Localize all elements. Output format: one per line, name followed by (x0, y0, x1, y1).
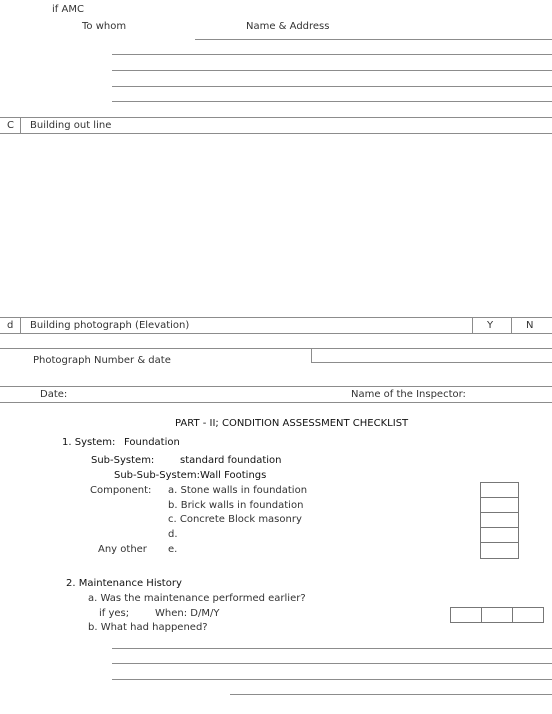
address-line-4[interactable] (112, 101, 552, 102)
section-d-label: Building photograph (Elevation) (30, 320, 189, 332)
no-option[interactable]: N (526, 320, 533, 332)
address-line-3[interactable] (112, 86, 552, 87)
sub-system-value: standard foundation (180, 455, 281, 467)
yes-option[interactable]: Y (487, 320, 493, 332)
to-whom-label: To whom (82, 21, 126, 33)
month-field[interactable] (481, 607, 513, 623)
component-b: b. Brick walls in foundation (168, 500, 303, 512)
part2-title: PART - II; CONDITION ASSESSMENT CHECKLIS… (175, 418, 408, 430)
component-d: d. (168, 529, 178, 541)
maintenance-title: 2. Maintenance History (66, 578, 182, 590)
component-a: a. Stone walls in foundation (168, 485, 307, 497)
maintenance-question-b: b. What had happened? (88, 622, 208, 634)
what-happened-line-4[interactable] (230, 694, 552, 695)
inspector-label: Name of the Inspector: (351, 389, 466, 401)
name-address-line[interactable] (195, 39, 552, 40)
what-happened-line-2[interactable] (112, 663, 552, 664)
component-d-checkbox[interactable] (480, 527, 519, 543)
photo-row-top-border (0, 348, 552, 349)
photo-number-field-left (311, 348, 312, 362)
component-e-checkbox[interactable] (480, 542, 519, 559)
any-other-label: Any other (98, 544, 147, 556)
component-a-checkbox[interactable] (480, 482, 519, 498)
when-label: When: D/M/Y (155, 608, 219, 620)
address-line-1[interactable] (112, 54, 552, 55)
sub-sub-system-value: Wall Footings (200, 470, 266, 482)
no-divider (511, 317, 512, 333)
what-happened-line-3[interactable] (112, 679, 552, 680)
section-c-divider (20, 117, 21, 133)
photo-number-label: Photograph Number & date (33, 355, 171, 367)
section-d-divider (20, 317, 21, 333)
if-amc-label: if AMC (52, 4, 84, 16)
component-e: e. (168, 544, 177, 556)
building-outline-area[interactable] (0, 134, 552, 314)
section-d-top-border (0, 317, 552, 318)
section-d-bottom-border (0, 333, 552, 334)
component-c: c. Concrete Block masonry (168, 514, 302, 526)
day-field[interactable] (450, 607, 482, 623)
system-label: 1. System: (62, 437, 115, 449)
yes-divider (472, 317, 473, 333)
sub-system-label: Sub-System: (91, 455, 154, 467)
component-label: Component: (90, 485, 151, 497)
what-happened-line-1[interactable] (112, 648, 552, 649)
if-yes-label: if yes; (99, 608, 129, 620)
sub-sub-system-label: Sub-Sub-System: (114, 470, 200, 482)
section-c-label: Building out line (30, 120, 111, 132)
footer-row-bottom-border (0, 402, 552, 403)
component-b-checkbox[interactable] (480, 497, 519, 513)
photo-number-field[interactable] (311, 362, 552, 363)
name-address-label: Name & Address (246, 21, 329, 33)
system-value: Foundation (124, 437, 180, 449)
section-c-top-border (0, 117, 552, 118)
address-line-2[interactable] (112, 70, 552, 71)
component-c-checkbox[interactable] (480, 512, 519, 528)
maintenance-question-a: a. Was the maintenance performed earlier… (88, 593, 306, 605)
footer-row-top-border (0, 386, 552, 387)
section-d-letter: d (7, 320, 13, 332)
year-field[interactable] (512, 607, 544, 623)
date-label: Date: (40, 389, 67, 401)
section-c-letter: C (7, 120, 14, 132)
